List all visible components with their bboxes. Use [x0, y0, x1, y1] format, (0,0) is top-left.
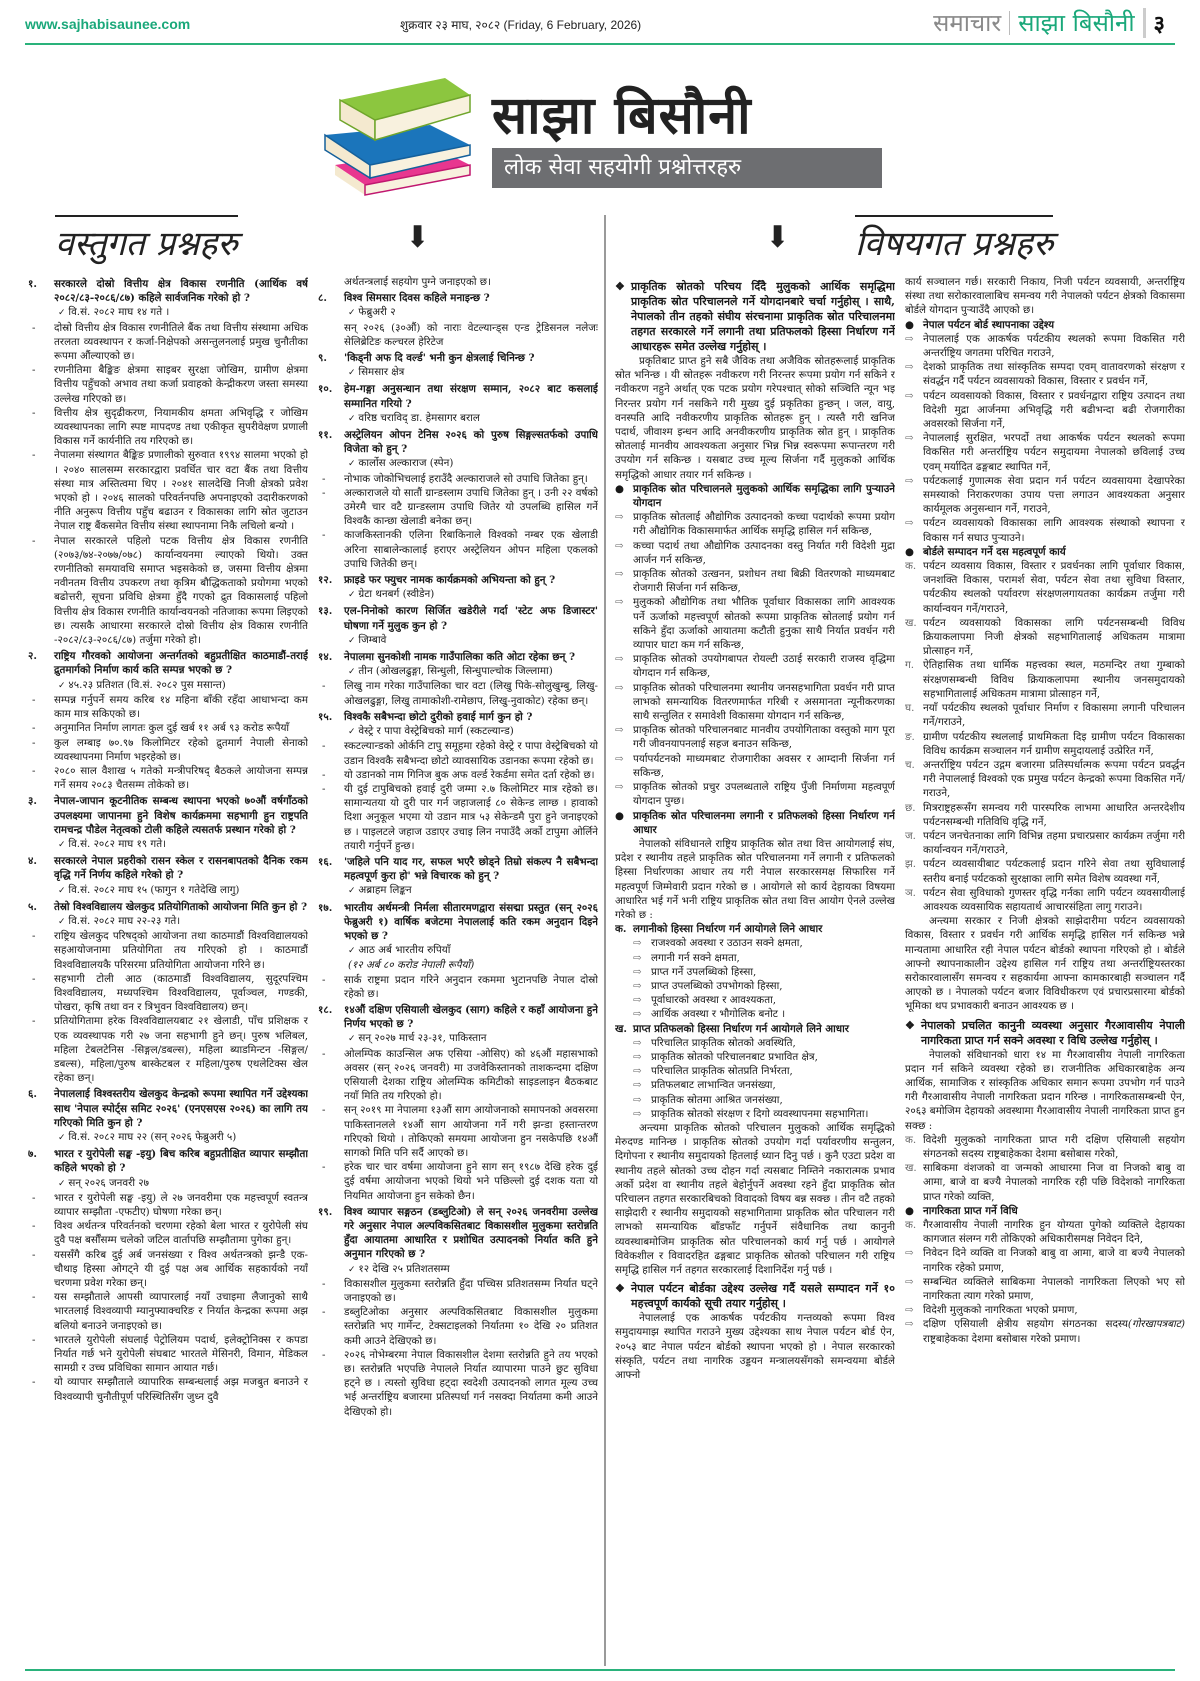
answer: अब्राहम लिङ्कन: [318, 883, 598, 898]
text-block: १६.: [318, 855, 344, 883]
list-item: -काजकिस्तानकी एलिना रिबाकिनाले विश्वको न…: [318, 528, 598, 571]
text-block: घ.: [905, 701, 923, 729]
list-item: ख.प्राप्त प्रतिफलको हिस्सा निर्धारण गर्न…: [615, 1022, 895, 1036]
text-block: विकासशील मुलुकमा स्तरोन्नति हुँदा पच्चिस…: [344, 1277, 598, 1305]
text-block: भारत र युरोपेली सङ्घ -इयु) ले २७ जनवरीमा…: [54, 1191, 308, 1219]
list-item: ⇨परिचालित प्राकृतिक स्रोतप्रति निर्भरता,: [615, 1064, 895, 1078]
question: ३.नेपाल-जापान कूटनीतिक सम्बन्ध स्थापना भ…: [28, 794, 308, 837]
answer: वि.सं. २०८२ माघ २२ (सन् २०२६ फेब्रुअरी ५…: [28, 1130, 308, 1145]
list-item: ⇨राजश्वको अवस्था र उठाउन सक्ने क्षमता,: [615, 936, 895, 950]
text-block: १४औं दक्षिण एसियाली खेलकुद (साग) कहिले र…: [344, 1003, 598, 1031]
text-block: प्राकृतिक स्रोतको प्रचुर उपलब्धताले राष्…: [633, 780, 895, 808]
text-block: काजकिस्तानकी एलिना रिबाकिनाले विश्वको नम…: [344, 528, 598, 571]
list-item: ●नेपाल पर्यटन बोर्ड स्थापनाका उद्देश्य: [905, 318, 1185, 332]
list-item: -सार्क राष्ट्रमा प्रदान गरिने अनुदान रकम…: [318, 973, 598, 1001]
text-block: विदेशी मुलुकको नागरिकता भएको प्रमाण,: [923, 1303, 1078, 1317]
site-url-link[interactable]: www.sajhabisaunee.com: [25, 16, 190, 32]
source-credit: (गोरखापत्रबाट): [1128, 1317, 1185, 1345]
text-block: २०२६ नोभेम्बरमा नेपाल विकासशील देशमा स्त…: [344, 1348, 598, 1419]
text-block: प्राकृतिक स्रोत परिचालनले मुलुकको आर्थिक…: [633, 482, 895, 510]
text-block: १२.: [318, 573, 344, 587]
text-block: फ्राइडे फर फ्युचर नामक कार्यक्रमको अभियन…: [344, 573, 598, 587]
list-item: ज.पर्यटन जनचेतनाका लागि विभिन्न तहमा प्र…: [905, 829, 1185, 857]
text-block: नेपाल पर्यटन बोर्डका उद्देश्य उल्लेख गर्…: [631, 1281, 895, 1311]
answer: फेब्रुअरी २: [318, 305, 598, 320]
answer: आठ अर्ब भारतीय रुपियाँ: [318, 943, 598, 958]
list-item: -नेपाल सरकारले पहिलो पटक वित्तीय क्षेत्र…: [28, 534, 308, 648]
masthead-title: साझा बिसौनी: [492, 78, 752, 149]
text-block: १३.: [318, 604, 344, 632]
text-block: लगानी गर्न सक्ने क्षमता,: [651, 951, 740, 965]
text-block: ११.: [318, 428, 344, 456]
list-item: ख.साबिकमा वंशजको वा जन्मको आधारमा निज वा…: [905, 1161, 1185, 1204]
subjective-question: ❖नेपाल पर्यटन बोर्डका उद्देश्य उल्लेख गर…: [615, 1281, 895, 1311]
question: ७.भारत र युरोपेली सङ्घ -इयु) बिच करिब बह…: [28, 1147, 308, 1175]
text-block: विश्व अर्थतन्त्र परिवर्तनको चरणमा रहेको …: [54, 1219, 308, 1247]
text-block: प्रकृतिबाट प्राप्त हुने सबै जैविक तथा अज…: [615, 354, 895, 482]
answer: सिमसार क्षेत्र: [318, 365, 598, 380]
list-item: क.पर्यटन व्यवसाय विकास, विस्तार र प्रवर्…: [905, 559, 1185, 616]
list-item: ⇨नेपाललाई सुरक्षित, भरपर्दो तथा आकर्षक प…: [905, 431, 1185, 474]
text-block: ४.: [28, 854, 54, 882]
text-block: प्रतियोगितामा हरेक विश्वविद्यालयबाट २१ ख…: [54, 1014, 308, 1085]
list-item: ⇨देशको प्राकृतिक तथा सांस्कृतिक सम्पदा ए…: [905, 360, 1185, 388]
question: २.राष्ट्रिय गौरवको आयोजना अन्तर्गतको बहु…: [28, 649, 308, 677]
answer: कार्लोस अल्काराज (स्पेन): [318, 456, 598, 471]
list-item: क.गैरआवासीय नेपाली नागरिक हुन योग्यता पु…: [905, 1218, 1185, 1246]
text-block: वित्तीय क्षेत्र सुदृढीकरण, नियामकीय क्षम…: [54, 406, 308, 449]
text-block: सरकारले दोस्रो वित्तीय क्षेत्र विकास रणन…: [54, 277, 308, 305]
list-item: ⇨कच्चा पदार्थ तथा औद्योगिक उत्पादनका वस्…: [615, 539, 895, 567]
text-block: ⇨: [905, 1317, 923, 1345]
answer: तीन (ओखलढुङ्गा, सिन्धुली, सिन्धुपाल्चोक …: [318, 664, 598, 679]
list-item: ⇨प्रतिफलबाट लाभान्वित जनसंख्या,: [615, 1078, 895, 1092]
text-block: 'किड्नी अफ दि वर्ल्ड' भनी कुन क्षेत्रलाई…: [344, 351, 598, 365]
list-item: झ.पर्यटन व्यवसायीबाट पर्यटकलाई प्रदान गर…: [905, 857, 1185, 885]
list-item: ञ.पर्यटन सेवा सुविधाको गुणस्तर वृद्धि गर…: [905, 886, 1185, 914]
text-block: सन् २०१९ मा नेपालमा १३औं साग आयोजनाको सम…: [344, 1103, 598, 1160]
text-block: पर्यटकलाई गुणात्मक सेवा प्रदान गर्न पर्य…: [923, 474, 1185, 517]
text-block: हेम-गङ्गा अनुसन्धान तथा संरक्षण सम्मान, …: [344, 382, 598, 410]
text-block: ८.: [318, 291, 344, 305]
text-block: नेपाललाई एक आकर्षक पर्यटकीय स्थलको रूपमा…: [923, 332, 1185, 360]
text-block: नेपालको प्रचलित कानुनी व्यवस्था अनुसार ग…: [921, 1018, 1185, 1048]
text-block: अन्तर्राष्ट्रिय पर्यटन उद्गम बजारमा प्रत…: [923, 758, 1185, 801]
subjective-question: ❖नेपालको प्रचलित कानुनी व्यवस्था अनुसार …: [905, 1018, 1185, 1048]
text-block: १५.: [318, 710, 344, 724]
text-block: नेपालको संविधानले राष्ट्रिय प्राकृतिक स्…: [615, 837, 895, 922]
text-block: १४.: [318, 650, 344, 664]
text-block: नोभाक जोकोभिचलाई हराउँदै अल्काराजले सो उ…: [344, 472, 598, 486]
list-item: ⇨पर्यटकलाई गुणात्मक सेवा प्रदान गर्न पर्…: [905, 474, 1185, 517]
list-item: ⇨लगानी गर्न सक्ने क्षमता,: [615, 951, 895, 965]
text-block: परिचालित प्राकृतिक स्रोतको अवस्थिति,: [651, 1036, 796, 1050]
question: १९.विश्व व्यापार सङ्गठन (डब्लुटिओ) ले सन…: [318, 1205, 598, 1262]
text-block: सन् २०२६ (३०औं) को नाराः वेटल्यान्ड्स एन…: [344, 321, 598, 349]
text-block: प्राकृतिक स्रोतलाई औद्योगिक उत्पादनको कच…: [633, 510, 895, 538]
list-item: ●प्राकृतिक स्रोत परिचालनमा लगानी र प्रति…: [615, 809, 895, 837]
answer: जिम्बावे: [318, 633, 598, 648]
list-item: -लिखु नाम गरेका गाउँपालिका चार वटा (लिखु…: [318, 679, 598, 707]
list-item: -सन् २०१९ मा नेपालमा १३औं साग आयोजनाको स…: [318, 1103, 598, 1160]
subjective-column-2: कार्य सञ्चालन गर्छ। सरकारी निकाय, निजी प…: [905, 275, 1185, 1665]
text-block: नागरिकता प्राप्त गर्ने विधि: [923, 1204, 1018, 1218]
text-block: प्राकृतिक स्रोतको परिचालनबाट मानवीय उपयो…: [633, 723, 895, 751]
list-item: -विश्व अर्थतन्त्र परिवर्तनको चरणमा रहेको…: [28, 1219, 308, 1247]
list-item: -अल्काराजले यो सातौं ग्रान्डस्लाम उपाधि …: [318, 486, 598, 529]
text-block: ख.: [905, 1161, 923, 1204]
divider: [1009, 11, 1010, 35]
text-block: कुल लम्बाइ ७०.९७ किलोमिटर रहेको द्रुतमार…: [54, 736, 308, 764]
objective-section-title: वस्तुगत प्रश्नहरु: [55, 215, 238, 265]
text-block: ३.: [28, 794, 54, 837]
subjective-column-1: ❖प्राकृतिक स्रोतको परिचय दिँदै मुलुकको आ…: [615, 275, 895, 1665]
text-block: १०.: [318, 382, 344, 410]
list-item: ●प्राकृतिक स्रोत परिचालनले मुलुकको आर्थि…: [615, 482, 895, 510]
text-block: नेपालमा सुनकोशी नामक गाउँपालिका कति ओटा …: [344, 650, 598, 664]
text-block: २०८० साल वैशाख ५ गतेको मन्त्रीपरिषद् बैठ…: [54, 764, 308, 792]
text-block: ५.: [28, 900, 54, 914]
list-item: ⇨परिचालित प्राकृतिक स्रोतको अवस्थिति,: [615, 1036, 895, 1050]
text-block: प्राप्त प्रतिफलको हिस्सा निर्धारण गर्न आ…: [633, 1022, 849, 1036]
text-block: झ.: [905, 857, 923, 885]
answer: वि.सं. २०८२ माघ १९ गते।: [28, 837, 308, 852]
list-item: -स्कटल्यान्डको ओर्कनि टापु समूहमा रहेको …: [318, 739, 598, 767]
list-item: -भारत र युरोपेली सङ्घ -इयु) ले २७ जनवरीम…: [28, 1191, 308, 1219]
question: ४.सरकारले नेपाल प्रहरीको रासन स्केल र रा…: [28, 854, 308, 882]
answer: वरिष्ठ चराविद् डा. हेमसागर बराल: [318, 411, 598, 426]
text-block: ञ.: [905, 886, 923, 914]
list-item: ग.ऐतिहासिक तथा धार्मिक महत्त्वका स्थल, म…: [905, 658, 1185, 701]
list-item: -अनुमानित निर्माण लागतः कुल दुई खर्ब ११ …: [28, 721, 308, 735]
list-item: -डब्लुटिओका अनुसार अल्पविकसितबाट विकासशी…: [318, 1305, 598, 1348]
list-item: ⇨मुलुकको औद्योगिक तथा भौतिक पूर्वाधार वि…: [615, 595, 895, 652]
text-block: डब्लुटिओका अनुसार अल्पविकसितबाट विकासशील…: [344, 1305, 598, 1348]
list-item: ⇨प्राकृतिक स्रोतलाई औद्योगिक उत्पादनको क…: [615, 510, 895, 538]
list-item: ●नागरिकता प्राप्त गर्ने विधि: [905, 1204, 1185, 1218]
question: १२.फ्राइडे फर फ्युचर नामक कार्यक्रमको अभ…: [318, 573, 598, 587]
text-block: यससँगै करिब दुई अर्ब जनसंख्या र विश्व अर…: [54, 1248, 308, 1291]
list-item: -रणनीतिमा बैङ्किङ क्षेत्रमा साइबर सुरक्ष…: [28, 363, 308, 406]
text-block: १७.: [318, 901, 344, 944]
column-name: साझा बिसौनी: [1018, 6, 1134, 39]
question: १.सरकारले दोस्रो वित्तीय क्षेत्र विकास र…: [28, 277, 308, 305]
text-block: तेस्रो विश्वविद्यालय खेलकुद प्रतियोगिताक…: [54, 900, 308, 914]
text-block: २.: [28, 649, 54, 677]
text-block: प्राकृतिक स्रोतमा आश्रित जनसंख्या,: [651, 1093, 783, 1107]
answer: ४५.२३ प्रतिशत (वि.सं. २०८२ पुस मसान्त): [28, 678, 308, 693]
list-item: ⇨प्राकृतिक स्रोतको परिचालनमा स्थानीय जनस…: [615, 681, 895, 724]
list-item: -नोभाक जोकोभिचलाई हराउँदै अल्काराजले सो …: [318, 472, 598, 486]
question: १५.विश्वकै सबैभन्दा छोटो दुरीको हवाई मार…: [318, 710, 598, 724]
text-block: नेपाललाई एक आकर्षक पर्यटकीय गन्तव्यको रू…: [615, 1311, 895, 1382]
list-item: ⇨प्राकृतिक स्रोतको उत्खनन, प्रशोधन तथा ब…: [615, 567, 895, 595]
objective-column-1: १.सरकारले दोस्रो वित्तीय क्षेत्र विकास र…: [28, 275, 308, 1665]
objective-column-2: अर्थतन्त्रलाई सहयोग पुग्ने जनाइएको छ। ८.…: [318, 275, 598, 1665]
text-block: प्राप्त उपलब्धिको उपभोगको हिस्सा,: [651, 979, 783, 993]
text-block: ऐतिहासिक तथा धार्मिक महत्त्वका स्थल, मठम…: [923, 658, 1185, 701]
text-block: क.: [615, 922, 633, 936]
text-block: राष्ट्रिय खेलकुद परिषद्को आयोजना तथा काठ…: [54, 929, 308, 972]
list-item: ⇨विदेशी मुलुकको नागरिकता भएको प्रमाण,: [905, 1303, 1185, 1317]
text-block: भारत र युरोपेली सङ्घ -इयु) बिच करिब बहुप…: [54, 1147, 308, 1175]
books-icon: [320, 70, 485, 200]
text-block: लिखु नाम गरेका गाउँपालिका चार वटा (लिखु …: [344, 679, 598, 707]
text-block: भारतीय अर्थमन्त्री निर्मला सीतारमणद्वारा…: [344, 901, 598, 944]
text-block: पर्यटन जनचेतनाका लागि विभिन्न तहमा प्रचा…: [923, 829, 1185, 857]
issue-date: शुक्रवार २३ माघ, २०८२ (Friday, 6 Februar…: [400, 16, 641, 33]
text-block: क.: [905, 1133, 923, 1161]
text-block: नेपाललाई विश्वस्तरीय खेलकुद केन्द्रको रू…: [54, 1087, 308, 1130]
text-block: ६.: [28, 1087, 54, 1130]
text-block: प्राकृतिक स्रोत परिचालनमा लगानी र प्रतिफ…: [633, 809, 895, 837]
list-item: -वित्तीय क्षेत्र सुदृढीकरण, नियामकीय क्ष…: [28, 406, 308, 449]
list-item: छ.मित्रराष्ट्रहरूसँग समन्वय गरी पारस्परि…: [905, 801, 1185, 829]
subjective-section-title: विषयगत प्रश्नहरु: [855, 215, 1053, 265]
text-block: प्राकृतिक स्रोतको परिचय दिँदै मुलुकको आर…: [631, 279, 895, 354]
text-block: निवेदन दिने व्यक्ति वा निजको बाबु वा आमा…: [923, 1246, 1185, 1274]
text-block: ९.: [318, 351, 344, 365]
text-block: राजश्वको अवस्था र उठाउन सक्ने क्षमता,: [651, 936, 803, 950]
text-block: सम्बन्धित व्यक्तिले साबिकमा नेपालको नागर…: [923, 1275, 1185, 1303]
list-item: ⇨सम्बन्धित व्यक्तिले साबिकमा नेपालको नाग…: [905, 1275, 1185, 1303]
list-item: ⇨पर्यटन व्यवसायको विकास, विस्तार र प्रवर…: [905, 389, 1185, 432]
question: १७.भारतीय अर्थमन्त्री निर्मला सीतारमणद्व…: [318, 901, 598, 944]
text-block: 'जहिले पनि याद गर, सफल भएरै छोड्ने तिम्र…: [344, 855, 598, 883]
text-block: हरेक चार चार वर्षमा आयोजना हुने साग सन् …: [344, 1160, 598, 1203]
text-block: अर्थतन्त्रलाई सहयोग पुग्ने जनाइएको छ।: [344, 275, 598, 289]
section-label: समाचार: [933, 6, 1001, 39]
answer: वि.सं. २०८२ माघ १५ (फागुन १ गतेदेखि लागु…: [28, 883, 308, 898]
text-block: प्राप्त गर्ने उपलब्धिको हिस्सा,: [651, 965, 756, 979]
text-block: अल्काराजले यो सातौं ग्रान्डस्लाम उपाधि ज…: [344, 486, 598, 529]
answer: १२ देखि २५ प्रतिशतसम्म: [318, 1262, 598, 1277]
text-block: यो व्यापार सम्झौताले व्यापारिक सम्बन्धला…: [54, 1375, 308, 1403]
text-block: सार्क राष्ट्रमा प्रदान गरिने अनुदान रकमम…: [344, 973, 598, 1001]
text-block: पर्यटन व्यवसायीबाट पर्यटकलाई प्रदान गरिन…: [923, 857, 1185, 885]
answer: वि.सं. २०८२ माघ १४ गते ।: [28, 305, 308, 320]
text-block: कच्चा पदार्थ तथा औद्योगिक उत्पादनका वस्त…: [633, 539, 895, 567]
list-item: ⇨पर्यापर्यटनको माध्यमबाट रोजगारीका अवसर …: [615, 752, 895, 780]
list-item: -हरेक चार चार वर्षमा आयोजना हुने साग सन्…: [318, 1160, 598, 1203]
text-block: ओलम्पिक काउन्सिल अफ एसिया -ओसिए) को ४६औं…: [344, 1047, 598, 1104]
text-block: च.: [905, 758, 923, 801]
list-item: -यो उडानको नाम गिनिज बुक अफ वर्ल्ड रेकर्…: [318, 768, 598, 782]
list-item: ⇨प्राप्त उपलब्धिको उपभोगको हिस्सा,: [615, 979, 895, 993]
question: १३.एल-निनोको कारण सिर्जित खडेरीले गर्दा …: [318, 604, 598, 632]
text-block: सरकारले नेपाल प्रहरीको रासन स्केल र रासन…: [54, 854, 308, 882]
list-item: -विकासशील मुलुकमा स्तरोन्नति हुँदा पच्चि…: [318, 1277, 598, 1305]
text-block: ख.: [615, 1022, 633, 1036]
list-item: -सम्पन्न गर्नुपर्ने समय करिब १४ महिना बा…: [28, 693, 308, 721]
text-block: अन्त्यमा सरकार र निजी क्षेत्रको साझेदारी…: [905, 914, 1185, 1013]
list-item: -नेपालमा संस्थागत बैङ्किङ प्रणालीको सुरु…: [28, 448, 308, 533]
footer-rule: [25, 1669, 1175, 1671]
list-item: ङ.ग्रामीण पर्यटकीय स्थललाई प्राथमिकता दि…: [905, 730, 1185, 758]
list-item: -यससँगै करिब दुई अर्ब जनसंख्या र विश्व अ…: [28, 1248, 308, 1291]
text-block: साबिकमा वंशजको वा जन्मको आधारमा निज वा न…: [923, 1161, 1185, 1204]
text-block: देशको प्राकृतिक तथा सांस्कृतिक सम्पदा एव…: [923, 360, 1185, 388]
answer: वेस्ट्रे र पापा वेस्ट्रेबिचको मार्ग (स्क…: [318, 724, 598, 739]
question: १८.१४औं दक्षिण एसियाली खेलकुद (साग) कहिल…: [318, 1003, 598, 1031]
page-header: www.sajhabisaunee.com शुक्रवार २३ माघ, २…: [25, 0, 1175, 45]
text-block: राष्ट्रिय गौरवको आयोजना अन्तर्गतको बहुप्…: [54, 649, 308, 677]
masthead: साझा बिसौनी लोक सेवा सहयोगी प्रश्नोत्तरह…: [320, 70, 880, 200]
text-block: ङ.: [905, 730, 923, 758]
question: १६.'जहिले पनि याद गर, सफल भएरै छोड्ने ति…: [318, 855, 598, 883]
list-item: क.लगानीको हिस्सा निर्धारण गर्न आयोगले लि…: [615, 922, 895, 936]
text-block: १८.: [318, 1003, 344, 1031]
text-block: ख.: [905, 616, 923, 659]
text-block: परिचालित प्राकृतिक स्रोतप्रति निर्भरता,: [651, 1064, 793, 1078]
section-brand: समाचार साझा बिसौनी ३: [933, 6, 1165, 39]
list-item: अर्थतन्त्रलाई सहयोग पुग्ने जनाइएको छ।: [318, 275, 598, 289]
answer: सन् २०२६ जनवरी २७: [28, 1176, 308, 1191]
list-item: ●बोर्डले सम्पादन गर्ने दस महत्वपूर्ण कार…: [905, 545, 1185, 559]
text-block: कार्य सञ्चालन गर्छ। सरकारी निकाय, निजी प…: [905, 275, 1185, 318]
list-item: घ.नयाँ पर्यटकीय स्थलको पूर्वाधार निर्माण…: [905, 701, 1185, 729]
text-block: ज.: [905, 829, 923, 857]
text-block: पर्यटन व्यवसायको विकासका लागि आवश्यक संस…: [923, 516, 1185, 544]
text-block: प्रतिफलबाट लाभान्वित जनसंख्या,: [651, 1078, 776, 1092]
subjective-question: ❖प्राकृतिक स्रोतको परिचय दिँदै मुलुकको आ…: [615, 279, 895, 354]
text-block: आर्थिक अवस्था र भौगोलिक बनोट ।: [651, 1007, 785, 1021]
arrow-down-icon: ⬇: [765, 220, 790, 255]
text-block: प्राकृतिक स्रोतको उपयोगबापत रोयल्टी उठाई…: [633, 652, 895, 680]
text-block: नेपाल-जापान कूटनीतिक सम्बन्ध स्थापना भएक…: [54, 794, 308, 837]
text-block: नेपाल सरकारले पहिलो पटक वित्तीय क्षेत्र …: [54, 534, 308, 648]
text-block: नयाँ पर्यटकीय स्थलको पूर्वाधार निर्माण र…: [923, 701, 1185, 729]
list-item: ⇨प्राकृतिक स्रोतको उपयोगबापत रोयल्टी उठा…: [615, 652, 895, 680]
text-block: दक्षिण एसियाली क्षेत्रीय सहयोग संगठनका स…: [923, 1317, 1128, 1345]
text-block: १९.: [318, 1205, 344, 1262]
list-item: -भारतले युरोपेली संघलाई पेट्रोलियम पदार्…: [28, 1333, 308, 1376]
list-item: ⇨प्राकृतिक स्रोतमा आश्रित जनसंख्या,: [615, 1093, 895, 1107]
text-block: अस्ट्रेलियन ओपन टेनिस २०२६ को पुरुष सिङ्…: [344, 428, 598, 456]
list-item: क.विदेशी मुलुकको नागरिकता प्राप्त गरी दक…: [905, 1133, 1185, 1161]
text-block: विश्व सिमसार दिवस कहिले मनाइन्छ ?: [344, 291, 598, 305]
list-item: च.अन्तर्राष्ट्रिय पर्यटन उद्गम बजारमा प्…: [905, 758, 1185, 801]
text-block: नेपालमा संस्थागत बैङ्किङ प्रणालीको सुरुव…: [54, 448, 308, 533]
list-item: -राष्ट्रिय खेलकुद परिषद्को आयोजना तथा का…: [28, 929, 308, 972]
question: ११.अस्ट्रेलियन ओपन टेनिस २०२६ को पुरुष स…: [318, 428, 598, 456]
text-block: प्राकृतिक स्रोतको संरक्षण र दिगो व्यवस्थ…: [651, 1107, 868, 1121]
list-item: -२०२६ नोभेम्बरमा नेपाल विकासशील देशमा स्…: [318, 1348, 598, 1419]
text-block: दोस्रो वित्तीय क्षेत्र विकास रणनीतिले बै…: [54, 321, 308, 364]
list-item: ख.पर्यटन व्यवसायको विकासका लागि पर्यटनसम…: [905, 616, 1185, 659]
column-divider: [604, 215, 606, 1666]
page-number: ३: [1143, 8, 1165, 38]
list-item: ⇨दक्षिण एसियाली क्षेत्रीय सहयोग संगठनका …: [905, 1317, 1185, 1345]
list-item: -दोस्रो वित्तीय क्षेत्र विकास रणनीतिले ब…: [28, 321, 308, 364]
text-block: विदेशी मुलुकको नागरिकता प्राप्त गरी दक्ष…: [923, 1133, 1185, 1161]
masthead-subtitle: लोक सेवा सहयोगी प्रश्नोत्तरहरु: [492, 148, 882, 188]
list-item: ⇨प्राप्त गर्ने उपलब्धिको हिस्सा,: [615, 965, 895, 979]
question: १४.नेपालमा सुनकोशी नामक गाउँपालिका कति ओ…: [318, 650, 598, 664]
text-block: पर्यटन व्यवसाय विकास, विस्तार र प्रवर्धन…: [923, 559, 1185, 616]
text-block: गैरआवासीय नेपाली नागरिक हुन योग्यता पुगे…: [923, 1218, 1185, 1246]
text-block: विश्व व्यापार सङ्गठन (डब्लुटिओ) ले सन् २…: [344, 1205, 598, 1262]
text-block: मुलुकको औद्योगिक तथा भौतिक पूर्वाधार विक…: [633, 595, 895, 652]
text-block: अनुमानित निर्माण लागतः कुल दुई खर्ब ११ अ…: [54, 721, 308, 735]
list-item: -सहभागी टोली आठ (काठमाडौं विश्वविद्यालय,…: [28, 972, 308, 1015]
list-item: -यस सम्झौताले आपसी व्यापारलाई नयाँ उचाइम…: [28, 1290, 308, 1333]
question: ८.विश्व सिमसार दिवस कहिले मनाइन्छ ?: [318, 291, 598, 305]
text-block: ⇨: [905, 1303, 923, 1317]
answer: वि.सं. २०८२ माघ २२-२३ गते।: [28, 914, 308, 929]
list-item: -यी दुई टापुबिचको हवाई दुरी जम्मा २.७ कि…: [318, 782, 598, 853]
list-item: ⇨आर्थिक अवस्था र भौगोलिक बनोट ।: [615, 1007, 895, 1021]
text-block: ग.: [905, 658, 923, 701]
text-block: बोर्डले सम्पादन गर्ने दस महत्वपूर्ण कार्…: [923, 545, 1066, 559]
question: ५.तेस्रो विश्वविद्यालय खेलकुद प्रतियोगित…: [28, 900, 308, 914]
text-block: यो उडानको नाम गिनिज बुक अफ वर्ल्ड रेकर्ड…: [344, 768, 598, 782]
text-block: ⇨: [905, 1275, 923, 1303]
list-item: -२०८० साल वैशाख ५ गतेको मन्त्रीपरिषद् बै…: [28, 764, 308, 792]
text-block: छ.: [905, 801, 923, 829]
list-item: -ओलम्पिक काउन्सिल अफ एसिया -ओसिए) को ४६औ…: [318, 1047, 598, 1104]
text-block: सहभागी टोली आठ (काठमाडौं विश्वविद्यालय, …: [54, 972, 308, 1015]
text-block: (१२ अर्ब ८० करोड नेपाली रूपैयाँ): [318, 958, 598, 972]
text-block: १.: [28, 277, 54, 305]
question: ६.नेपाललाई विश्वस्तरीय खेलकुद केन्द्रको …: [28, 1087, 308, 1130]
answer: सन् २०२७ मार्च २३-३१, पाकिस्तान: [318, 1031, 598, 1046]
text-block: प्राकृतिक स्रोतको परिचालनमा स्थानीय जनसह…: [633, 681, 895, 724]
text-block: क.: [905, 559, 923, 616]
arrow-down-icon: ⬇: [405, 220, 430, 255]
list-item: सन् २०२६ (३०औं) को नाराः वेटल्यान्ड्स एन…: [318, 321, 598, 349]
text-block: लगानीको हिस्सा निर्धारण गर्न आयोगले लिने…: [633, 922, 822, 936]
text-block: यस सम्झौताले आपसी व्यापारलाई नयाँ उचाइमा…: [54, 1290, 308, 1333]
text-block: ग्रामीण पर्यटकीय स्थललाई प्राथमिकता दिइ …: [923, 730, 1185, 758]
list-item: ⇨पर्यटन व्यवसायको विकासका लागि आवश्यक सं…: [905, 516, 1185, 544]
text-block: पर्यटन सेवा सुविधाको गुणस्तर वृद्धि गर्न…: [923, 886, 1185, 914]
text-block: प्राकृतिक स्रोतको परिचालनबाट प्रभावित क्…: [651, 1050, 818, 1064]
text-block: पर्यटन व्यवसायको विकासका लागि पर्यटनसम्ब…: [923, 616, 1185, 659]
list-item: ⇨प्राकृतिक स्रोतको प्रचुर उपलब्धताले राष…: [615, 780, 895, 808]
list-item: ⇨निवेदन दिने व्यक्ति वा निजको बाबु वा आम…: [905, 1246, 1185, 1274]
text-block: क.: [905, 1218, 923, 1246]
text-block: सम्पन्न गर्नुपर्ने समय करिब १४ महिना बाँ…: [54, 693, 308, 721]
text-block: पर्यटन व्यवसायको विकास, विस्तार र प्रवर्…: [923, 389, 1185, 432]
text-block: यी दुई टापुबिचको हवाई दुरी जम्मा २.७ किल…: [344, 782, 598, 853]
answer: ग्रेटा थनबर्ग (स्वीडेन): [318, 587, 598, 602]
list-item: -यो व्यापार सम्झौताले व्यापारिक सम्बन्धल…: [28, 1375, 308, 1403]
text-block: स्कटल्यान्डको ओर्कनि टापु समूहमा रहेको व…: [344, 739, 598, 767]
text-block: विश्वकै सबैभन्दा छोटो दुरीको हवाई मार्ग …: [344, 710, 598, 724]
text-block: ७.: [28, 1147, 54, 1175]
list-item: ⇨पूर्वाधारको अवस्था र आवश्यकता,: [615, 993, 895, 1007]
text-block: रणनीतिमा बैङ्किङ क्षेत्रमा साइबर सुरक्षा…: [54, 363, 308, 406]
list-item: -प्रतियोगितामा हरेक विश्वविद्यालयबाट २१ …: [28, 1014, 308, 1085]
text-block: भारतले युरोपेली संघलाई पेट्रोलियम पदार्थ…: [54, 1333, 308, 1376]
text-block: पर्यापर्यटनको माध्यमबाट रोजगारीका अवसर र…: [633, 752, 895, 780]
text-block: प्राकृतिक स्रोतको उत्खनन, प्रशोधन तथा बि…: [633, 567, 895, 595]
text-block: पूर्वाधारको अवस्था र आवश्यकता,: [651, 993, 776, 1007]
list-item: ⇨नेपाललाई एक आकर्षक पर्यटकीय स्थलको रूपम…: [905, 332, 1185, 360]
text-block: एल-निनोको कारण सिर्जित खडेरीले गर्दा 'स्…: [344, 604, 598, 632]
text-block: नेपाललाई सुरक्षित, भरपर्दो तथा आकर्षक पर…: [923, 431, 1185, 474]
text-block: ⇨: [905, 1246, 923, 1274]
text-block: मित्रराष्ट्रहरूसँग समन्वय गरी पारस्परिक …: [923, 801, 1185, 829]
text-block: अन्त्यमा प्राकृतिक स्रोतको परिचालन मुलुक…: [615, 1121, 895, 1277]
question: १०.हेम-गङ्गा अनुसन्धान तथा संरक्षण सम्मा…: [318, 382, 598, 410]
list-item: ⇨प्राकृतिक स्रोतको संरक्षण र दिगो व्यवस्…: [615, 1107, 895, 1121]
text-block: नेपालको संविधानको धारा १४ मा गैरआवासीय न…: [905, 1048, 1185, 1133]
list-item: ⇨प्राकृतिक स्रोतको परिचालनबाट मानवीय उपय…: [615, 723, 895, 751]
list-item: ⇨प्राकृतिक स्रोतको परिचालनबाट प्रभावित क…: [615, 1050, 895, 1064]
question: ९.'किड्नी अफ दि वर्ल्ड' भनी कुन क्षेत्रल…: [318, 351, 598, 365]
